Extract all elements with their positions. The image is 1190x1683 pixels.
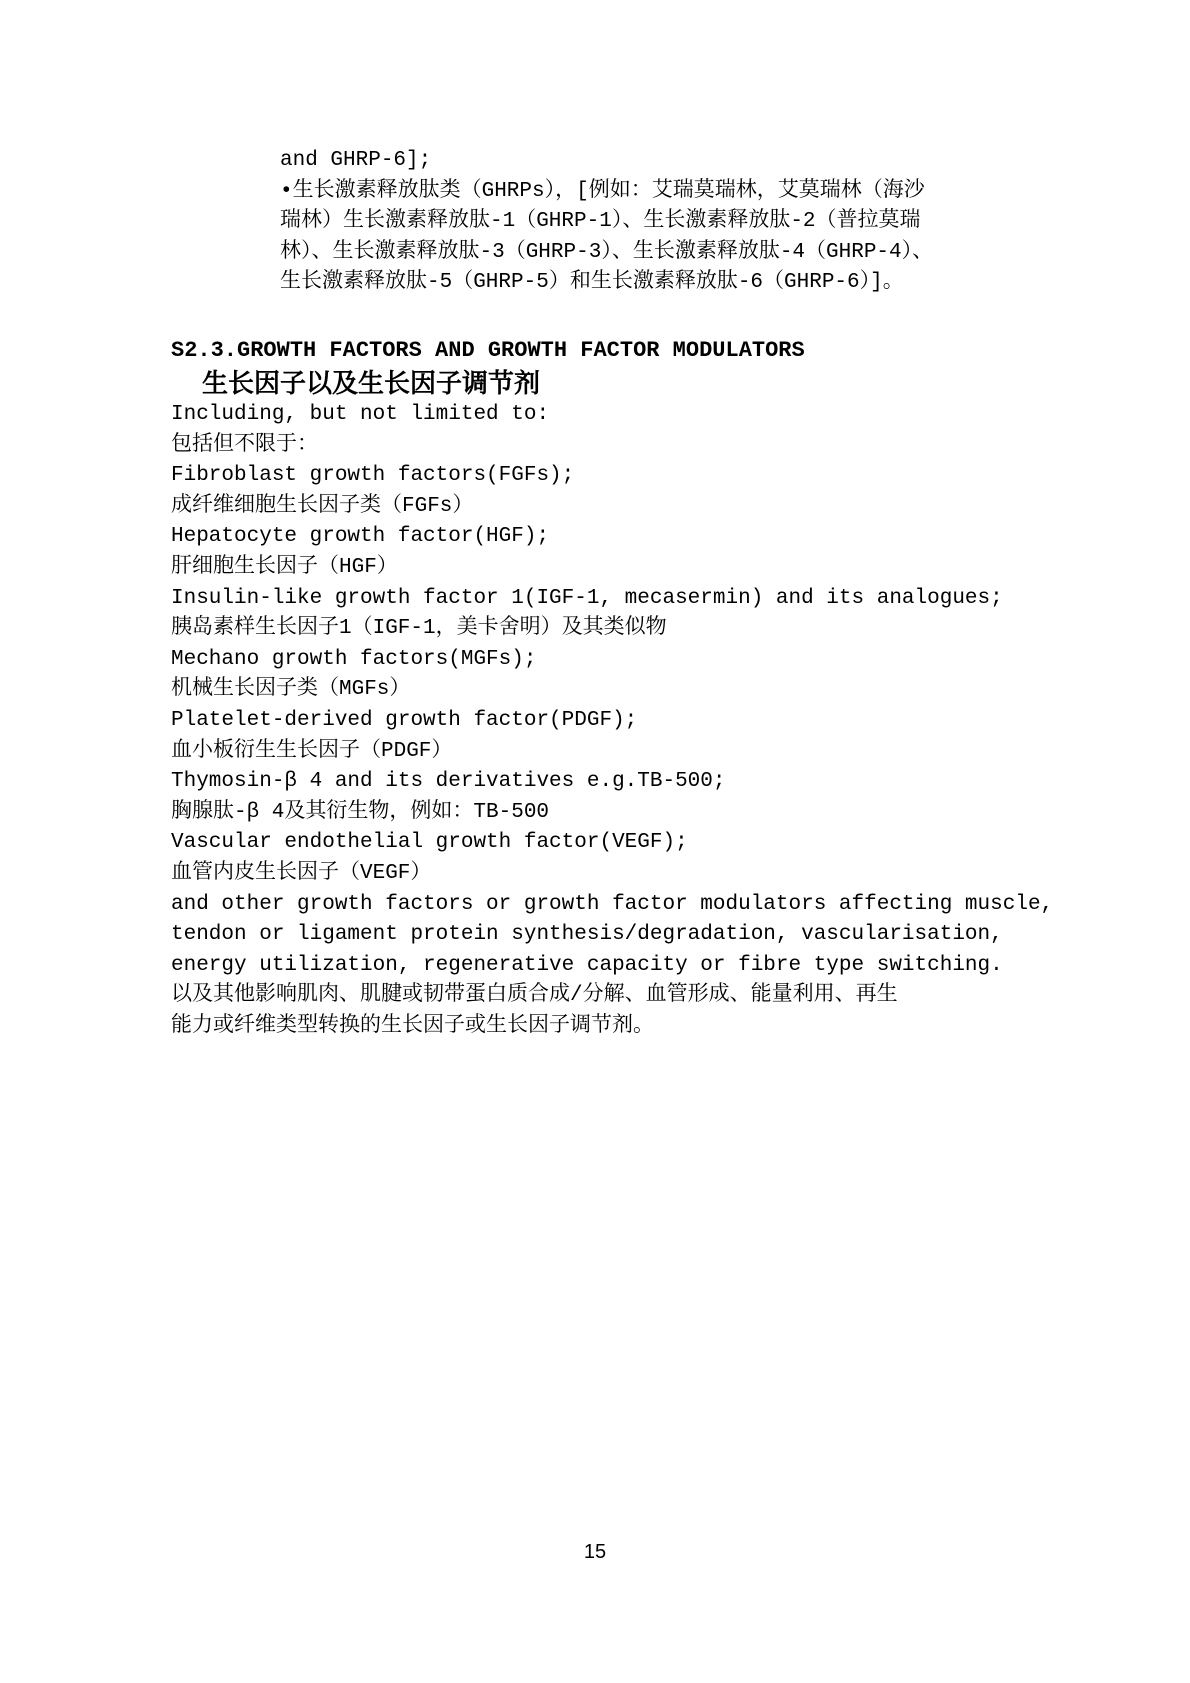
section-heading-english: S2.3.GROWTH FACTORS AND GROWTH FACTOR MO… — [171, 334, 805, 368]
text-line: Insulin-like growth factor 1(IGF-1, meca… — [171, 584, 1053, 615]
text-line: 肝细胞生长因子（HGF） — [171, 553, 1053, 584]
text-line: tendon or ligament protein synthesis/deg… — [171, 920, 1053, 951]
text-line: Thymosin-β 4 and its derivatives e.g.TB-… — [171, 767, 1053, 798]
text-line: Vascular endothelial growth factor(VEGF)… — [171, 828, 1053, 859]
text-line: 林）、生长激素释放肽-3（GHRP-3）、生长激素释放肽-4（GHRP-4）、 — [280, 238, 933, 269]
text-line: and GHRP-6]; — [280, 146, 933, 177]
text-line: Fibroblast growth factors(FGFs); — [171, 461, 1053, 492]
page-number: 15 — [0, 1540, 1190, 1564]
section-heading-chinese: 生长因子以及生长因子调节剂 — [202, 368, 540, 402]
text-line: Hepatocyte growth factor(HGF); — [171, 522, 1053, 553]
text-line: 瑞林）生长激素释放肽-1（GHRP-1）、生长激素释放肽-2（普拉莫瑞 — [280, 207, 933, 238]
text-line: Including, but not limited to: — [171, 400, 1053, 431]
text-line: 机械生长因子类（MGFs） — [171, 675, 1053, 706]
text-line: Mechano growth factors(MGFs); — [171, 645, 1053, 676]
text-line: 胰岛素样生长因子1（IGF-1，美卡舍明）及其类似物 — [171, 614, 1053, 645]
text-line: Platelet-derived growth factor(PDGF); — [171, 706, 1053, 737]
text-line: 血管内皮生长因子（VEGF） — [171, 859, 1053, 890]
text-line: 胸腺肽-β 4及其衍生物，例如：TB-500 — [171, 798, 1053, 829]
text-line: 包括但不限于： — [171, 431, 1053, 462]
text-line: and other growth factors or growth facto… — [171, 890, 1053, 921]
text-line: 以及其他影响肌肉、肌腱或韧带蛋白质合成/分解、血管形成、能量利用、再生 — [171, 981, 1053, 1012]
document-page: and GHRP-6]; •生长激素释放肽类（GHRPs），[例如：艾瑞莫瑞林，… — [0, 0, 1190, 1683]
growth-factors-list: Including, but not limited to: 包括但不限于： F… — [171, 400, 1053, 1042]
text-line: 生长激素释放肽-5（GHRP-5）和生长激素释放肽-6（GHRP-6）]。 — [280, 268, 933, 299]
text-line: •生长激素释放肽类（GHRPs），[例如：艾瑞莫瑞林，艾莫瑞林（海沙 — [280, 177, 933, 208]
text-line: 能力或纤维类型转换的生长因子或生长因子调节剂。 — [171, 1012, 1053, 1043]
text-line: 血小板衍生生长因子（PDGF） — [171, 737, 1053, 768]
ghrp-bullet-block: and GHRP-6]; •生长激素释放肽类（GHRPs），[例如：艾瑞莫瑞林，… — [280, 146, 933, 299]
text-line: energy utilization, regenerative capacit… — [171, 951, 1053, 982]
text-line: 成纤维细胞生长因子类（FGFs） — [171, 492, 1053, 523]
